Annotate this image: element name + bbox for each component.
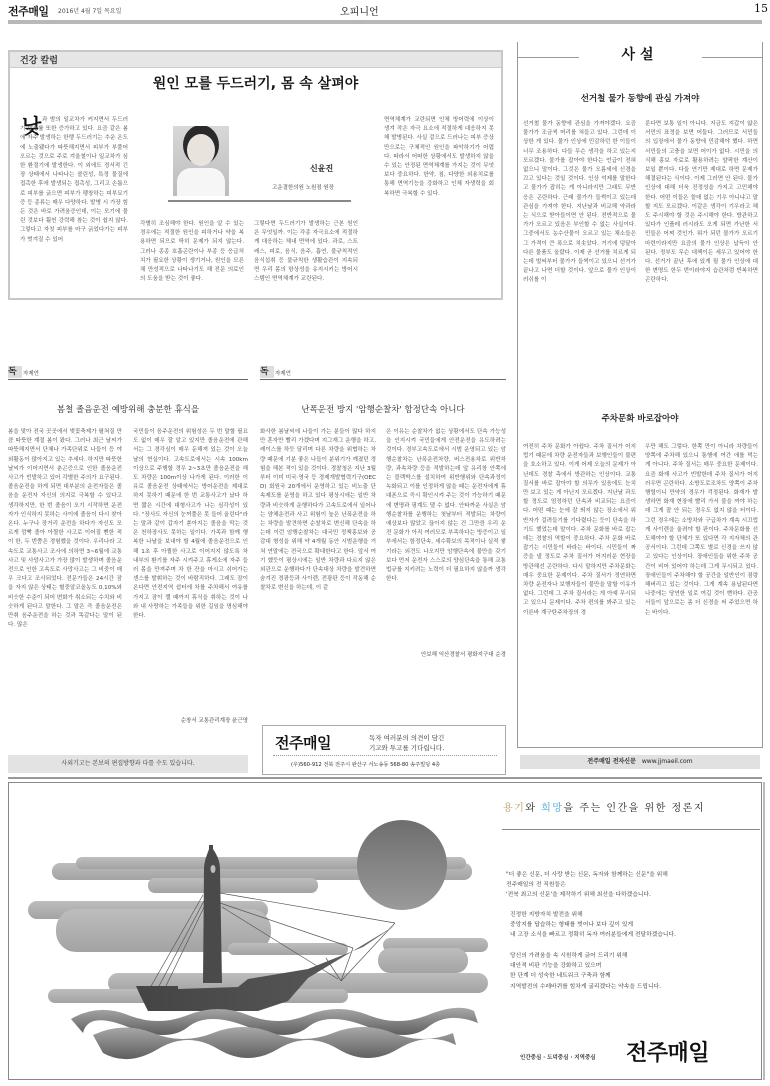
- slogan-and: 와: [525, 803, 541, 814]
- editorial-2-col1: 여전히 주차 문화가 아쉽다. 주차 질서가 어지럽기 때문에 차량 운전자들과…: [523, 443, 636, 736]
- reader-opinion-1-col1: 봄을 맞아 전국 곳곳에서 벚꽃축제가 펼쳐질 만큼 따뜻한 계절 봄이 왔다.…: [8, 428, 122, 736]
- reader-opinion-2-title: 난폭운전 방지 '암행순찰차' 함정단속 아니다: [260, 403, 506, 415]
- slogan-rest: 을 주는 인간을 위한 정론지: [564, 803, 705, 814]
- e-paper-url[interactable]: www.jjmaeil.com: [642, 758, 693, 765]
- promo-line: 지역발전의 수레바퀴를 힘차게 굴리겠다는 약속을 드립니다.: [510, 982, 766, 992]
- reader-opinion-1-header: 독 자제언: [8, 366, 248, 380]
- reader-opinion-1-byline: 순창서 교통관리계장 윤근영: [133, 716, 248, 724]
- promo-line: 내 고장 소식을 빠르고 정확히 독자 여러분들에게 전달하겠습니다.: [510, 930, 766, 940]
- reader-opinion-2-byline: 안보해 익산경찰서 평화지구대 순경: [386, 650, 506, 658]
- ad-divider: [273, 755, 497, 756]
- reader-opinion-2-header: 독 자제언: [260, 366, 506, 380]
- health-column-tab: 건강 칼럼: [10, 52, 501, 68]
- promo-line: 진정한 지방자치 발전을 위해: [510, 910, 766, 920]
- editorial-1-col1: 선거철 물가 동향에 관심을 가져야겠다. 요즘 물가가 조금씩 머리를 쳐들고…: [523, 120, 636, 392]
- health-col3: 그렇다면 두드러기가 발생하는 근본 원인은 무엇일까. 이는 각종 자극요소에…: [254, 220, 358, 294]
- section-divider: [8, 777, 762, 779]
- health-column-title: 원인 모를 두드러기, 몸 속 살펴야: [10, 73, 501, 93]
- issue-date: 2016년 4월 7일 목요일: [58, 6, 121, 15]
- promo-paragraph-2: 진정한 지방자치 발전을 위해 중앙지를 답습하는 형태를 벗어나 보다 깊이 …: [510, 910, 766, 941]
- author-name: 신윤진: [310, 163, 333, 174]
- reader-opinion-1-col2: 국민들이 음주운전의 위험성은 두 번 말할 필요도 없이 매우 잘 알고 있지…: [133, 428, 248, 710]
- promo-line: 대안적 비판 기능을 강화하고 있으며: [510, 961, 766, 971]
- promo-logo: 전주매일: [626, 1036, 709, 1067]
- slogan-hope: 희망: [541, 803, 563, 814]
- editorial-1-title: 선거철 물가 동향에 관심 가져야: [517, 92, 763, 104]
- editorial-top-rule-right: [702, 57, 763, 58]
- reader-opinion-2-col2: 은 이유는 순찰차가 없는 상황에서도 단속 가능성을 인지시켜 국민들에게 안…: [386, 428, 506, 646]
- promo-line: 한 단계 더 성숙한 네트워크 구축과 함께: [510, 971, 766, 981]
- masthead-logo: 전주매일: [8, 3, 49, 19]
- editorial-2-title: 주차문화 바로잡아야: [517, 412, 763, 424]
- reader-opinion-1-label-big: 독: [8, 366, 22, 378]
- ship-illustration: [8, 783, 490, 1081]
- ad-address: (우)560-912 전북 전주시 완산구 서노송동 568-80 송주빌딩 4…: [291, 761, 440, 768]
- reader-opinion-2-label-small: 자제언: [275, 369, 291, 377]
- promo-line: "더 좋은 신문, 더 사랑 받는 신문, 독자와 함께하는 신문"을 위해: [506, 870, 762, 880]
- author-photo: [173, 126, 229, 196]
- e-paper-bar: 전주매일 전자신문www.jjmaeil.com: [520, 755, 760, 769]
- health-column-label: 건강 칼럼: [20, 53, 58, 66]
- slogan-underline: [502, 829, 760, 830]
- ad-logo: 전주매일: [275, 732, 331, 753]
- reader-opinion-1-label-small: 자제언: [23, 369, 39, 377]
- section-title: 오피니언: [340, 3, 379, 18]
- health-col2: 각별히 조심해야 한다. 원인을 알 수 있는 경우에는 적절한 원인을 피하거…: [140, 220, 244, 294]
- ad-line-1: 독자 여러분의 의견이 담긴: [369, 733, 444, 742]
- reader-opinion-1-title: 봄철 졸음운전 예방위해 충분한 휴식을: [8, 403, 248, 415]
- header-rule: [8, 20, 762, 24]
- ad-line-2: 기고와 투고를 기다립니다.: [369, 743, 444, 752]
- promo-line: 당신의 가려움을 속 시원하게 긁어 드리기 위해: [510, 951, 766, 961]
- reader-opinion-2-col1: 화사한 봄날씨에 나들이 가는 분들이 많다 하지만 혼자만 빨리 가겠다며 지…: [260, 428, 376, 646]
- slogan-courage: 용기: [503, 803, 525, 814]
- editorial-2-col2: 우만 해도 그렇다. 한쪽 만이 아니라 차량들이 양쪽에 주차해 있으니 통행…: [645, 443, 758, 736]
- promo-paragraph-3: 당신의 가려움을 속 시원하게 긁어 드리기 위해 대안적 비판 기능을 강화하…: [510, 951, 766, 992]
- page-number: 15: [754, 2, 768, 15]
- health-col1: 과 밤의 일교차가 커지면서 두드러기 발생률 또한 증가하고 있다. 요즘 같…: [20, 116, 128, 294]
- promo-paragraph-1: "더 좋은 신문, 더 사랑 받는 신문, 독자와 함께하는 신문"을 위해 전…: [506, 870, 762, 901]
- health-col4: 면역체계가 교란되면 인체 방어력에 이상이 생겨 작은 자극 요소에 적절하게…: [384, 116, 494, 240]
- author-divider: [168, 200, 351, 202]
- author-title: 고운결한의원 노원점 원장: [272, 183, 334, 191]
- promo-motto: 인간중심 · 도덕중심 · 지역중심: [520, 1053, 596, 1061]
- disclaimer-bar: 사외기고는 본보의 편집방향과 다를 수도 있습니다.: [8, 755, 248, 773]
- e-paper-label: 전주매일 전자신문: [587, 758, 635, 765]
- promo-line: 전주매일의 전 직원들은: [506, 880, 762, 890]
- submission-ad: 전주매일 독자 여러분의 의견이 담긴 기고와 투고를 기다립니다. (우)56…: [262, 725, 506, 775]
- editorial-section-title: 사설: [580, 44, 700, 64]
- reader-opinion-2-label-big: 독: [260, 366, 274, 378]
- editorial-top-rule-left: [517, 57, 579, 58]
- editorial-1-col2: 룬다면 보통 일이 아니다. 지금도 지갑이 얇은 서민의 표정을 보면 어둡다…: [645, 120, 758, 392]
- promo-line: 중앙지를 답습하는 형태를 벗어나 보다 깊이 있게: [510, 920, 766, 930]
- promo-line: '전북 최고의 신문'을 제작하기 위해 최선을 다하겠습니다.: [506, 890, 762, 900]
- promo-slogan: 용기와 희망을 주는 인간을 위한 정론지: [503, 799, 705, 814]
